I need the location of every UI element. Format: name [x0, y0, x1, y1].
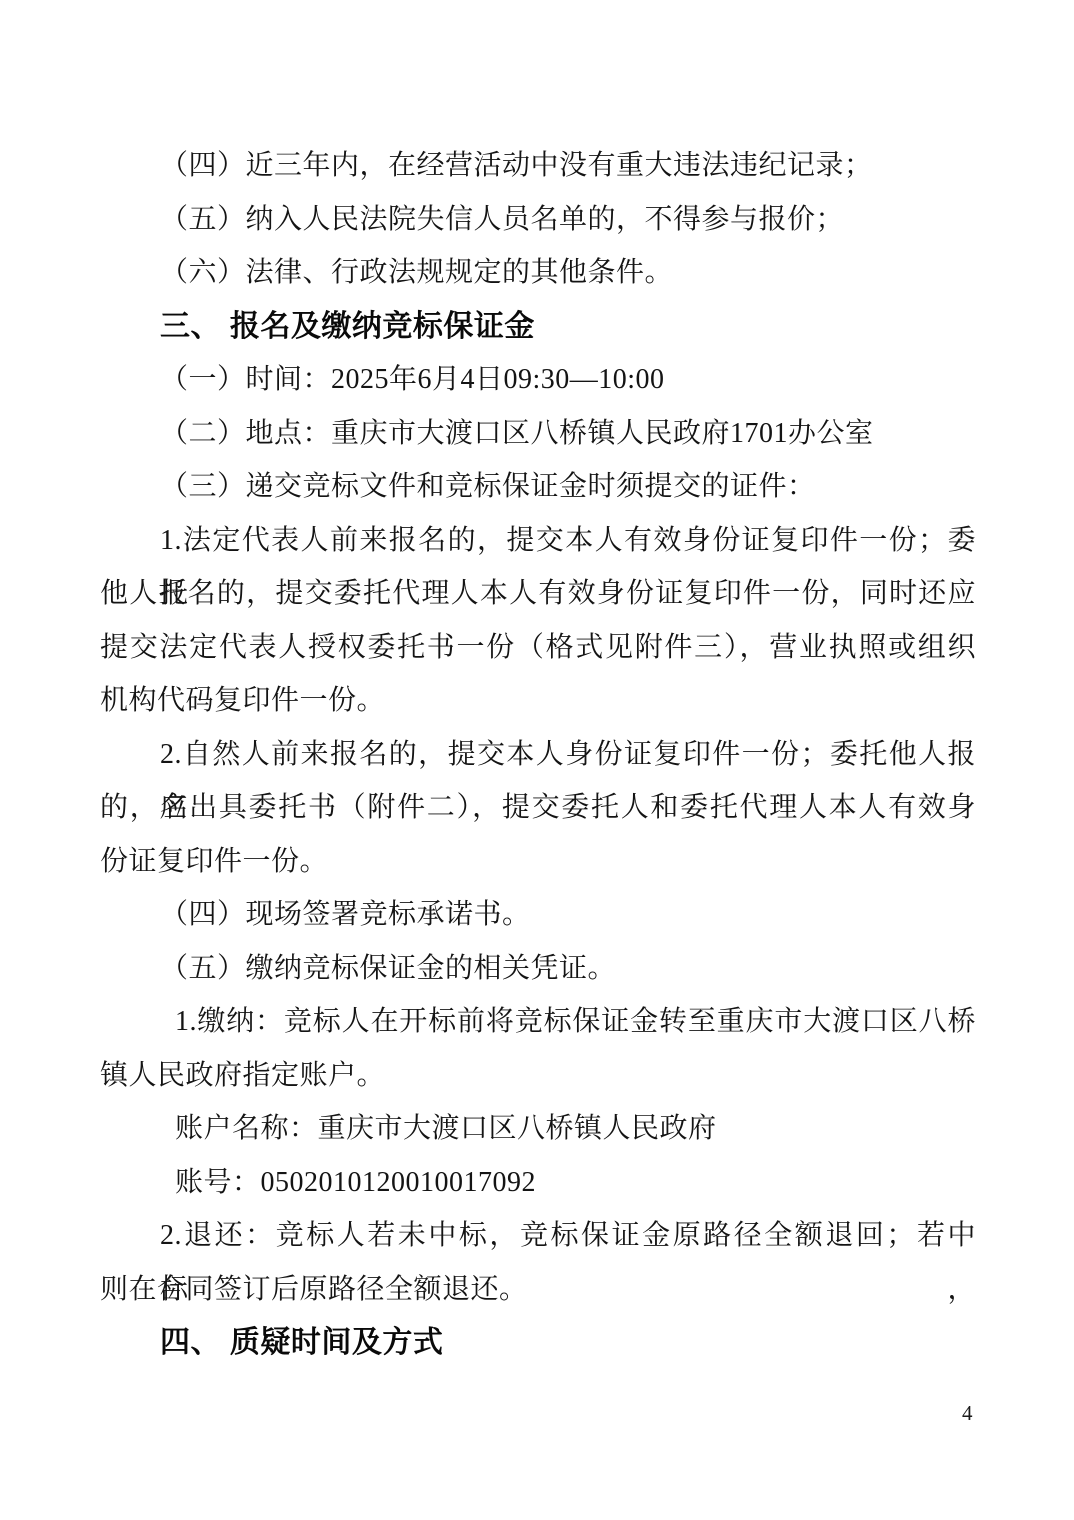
document-body: （四）近三年内，在经营活动中没有重大违法违纪记录； （五）纳入人民法院失信人员名… [100, 139, 976, 1370]
condition-item-6: （六）法律、行政法规规定的其他条件。 [100, 246, 976, 300]
registration-place-line: （二）地点：重庆市大渡口区八桥镇人民政府1701办公室 [100, 407, 976, 461]
natural-person-line-2: 的，应出具委托书（附件二），提交委托人和委托代理人本人有效身 [100, 781, 976, 835]
legal-representative-line-3: 提交法定代表人授权委托书一份（格式见附件三），营业执照或组织 [100, 621, 976, 675]
legal-representative-line-4: 机构代码复印件一份。 [100, 674, 976, 728]
commitment-letter-line: （四）现场签署竞标承诺书。 [100, 888, 976, 942]
deposit-payment-line-1: 1.缴纳：竞标人在开标前将竞标保证金转至重庆市大渡口区八桥 [100, 995, 976, 1049]
legal-representative-line-2: 他人报名的，提交委托代理人本人有效身份证复印件一份，同时还应 [100, 567, 976, 621]
section-heading-3: 三、 报名及缴纳竞标保证金 [100, 300, 976, 354]
deposit-refund-line-1: 2.退还：竞标人若未中标，竞标保证金原路径全额退回；若中标， [100, 1209, 976, 1263]
documents-required-line: （三）递交竞标文件和竞标保证金时须提交的证件： [100, 460, 976, 514]
section-heading-4: 四、 质疑时间及方式 [100, 1316, 976, 1370]
account-number-line: 账号：0502010120010017092 [100, 1156, 976, 1210]
account-name-line: 账户名称：重庆市大渡口区八桥镇人民政府 [100, 1102, 976, 1156]
registration-time-line: （一）时间：2025年6月4日09:30—10:00 [100, 353, 976, 407]
document-page: （四）近三年内，在经营活动中没有重大违法违纪记录； （五）纳入人民法院失信人员名… [0, 0, 1074, 1520]
condition-item-5: （五）纳入人民法院失信人员名单的，不得参与报价； [100, 193, 976, 247]
condition-item-4: （四）近三年内，在经营活动中没有重大违法违纪记录； [100, 139, 976, 193]
legal-representative-line-1: 1.法定代表人前来报名的，提交本人有效身份证复印件一份；委托 [100, 514, 976, 568]
natural-person-line-1: 2.自然人前来报名的，提交本人身份证复印件一份；委托他人报名 [100, 728, 976, 782]
page-number: 4 [962, 1398, 973, 1428]
deposit-payment-line-2: 镇人民政府指定账户。 [100, 1049, 976, 1103]
deposit-voucher-line: （五）缴纳竞标保证金的相关凭证。 [100, 942, 976, 996]
natural-person-line-3: 份证复印件一份。 [100, 835, 976, 889]
